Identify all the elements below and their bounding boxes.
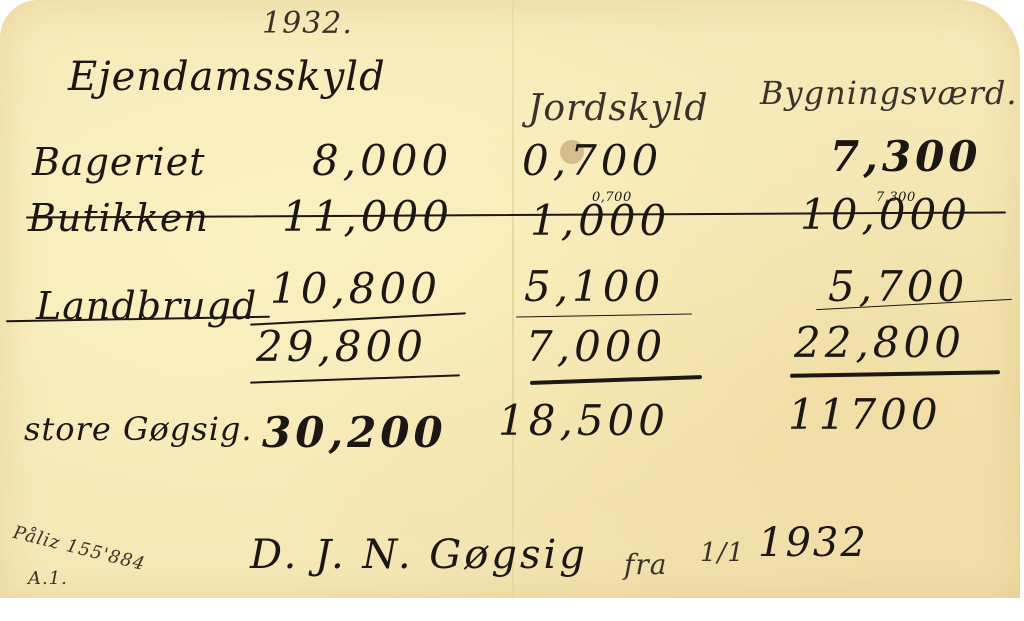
subtotal-underline-property-tax xyxy=(250,374,460,383)
date-prefix: fra xyxy=(624,548,667,581)
butikken-land-tax: 1,000 xyxy=(530,196,670,245)
bageriet-building-value: 7,300 xyxy=(830,132,982,181)
bageriet-land-tax: 0,700 xyxy=(522,136,662,185)
underline-land-tax xyxy=(516,313,692,317)
store-gogsig-land-tax: 18,500 xyxy=(498,396,669,445)
subtotal-property-tax: 29,800 xyxy=(256,322,427,371)
signature: D. J. N. Gøgsig xyxy=(250,532,588,578)
subtotal-double-underline-building-value xyxy=(790,370,1000,378)
subtotal-double-underline-land-tax xyxy=(530,375,702,385)
bageriet-property-tax: 8,000 xyxy=(312,136,452,185)
paper-fold xyxy=(512,0,514,598)
row-label-landbrugd: Landbrugd xyxy=(36,284,257,328)
row-label-store-gogsig: store Gøgsig. xyxy=(24,410,253,448)
landbrugd-building-value: 5,700 xyxy=(828,262,968,311)
landbrugd-land-tax: 5,100 xyxy=(524,262,664,311)
butikken-building-value: 10,000 xyxy=(800,190,971,239)
footer-note-line2: A.1. xyxy=(28,568,68,589)
subtotal-land-tax: 7,000 xyxy=(526,322,666,371)
store-gogsig-property-tax: 30,200 xyxy=(262,408,447,457)
year-heading: 1932. xyxy=(262,6,353,41)
date-fraction: 1/1 xyxy=(700,538,745,568)
document-page: 1932. Ejendamsskyld Jordskyld Bygningsvæ… xyxy=(0,0,1020,598)
column-header-land-tax: Jordskyld xyxy=(528,88,709,129)
store-gogsig-building-value: 11700 xyxy=(788,390,942,439)
column-header-building-value: Bygningsværd. xyxy=(760,74,1018,112)
column-header-property-tax: Ejendamsskyld xyxy=(68,54,386,100)
subtotal-building-value: 22,800 xyxy=(794,318,965,367)
landbrugd-property-tax: 10,800 xyxy=(270,264,441,313)
date-year: 1932 xyxy=(758,520,868,566)
row-label-bageriet: Bageriet xyxy=(32,140,205,184)
